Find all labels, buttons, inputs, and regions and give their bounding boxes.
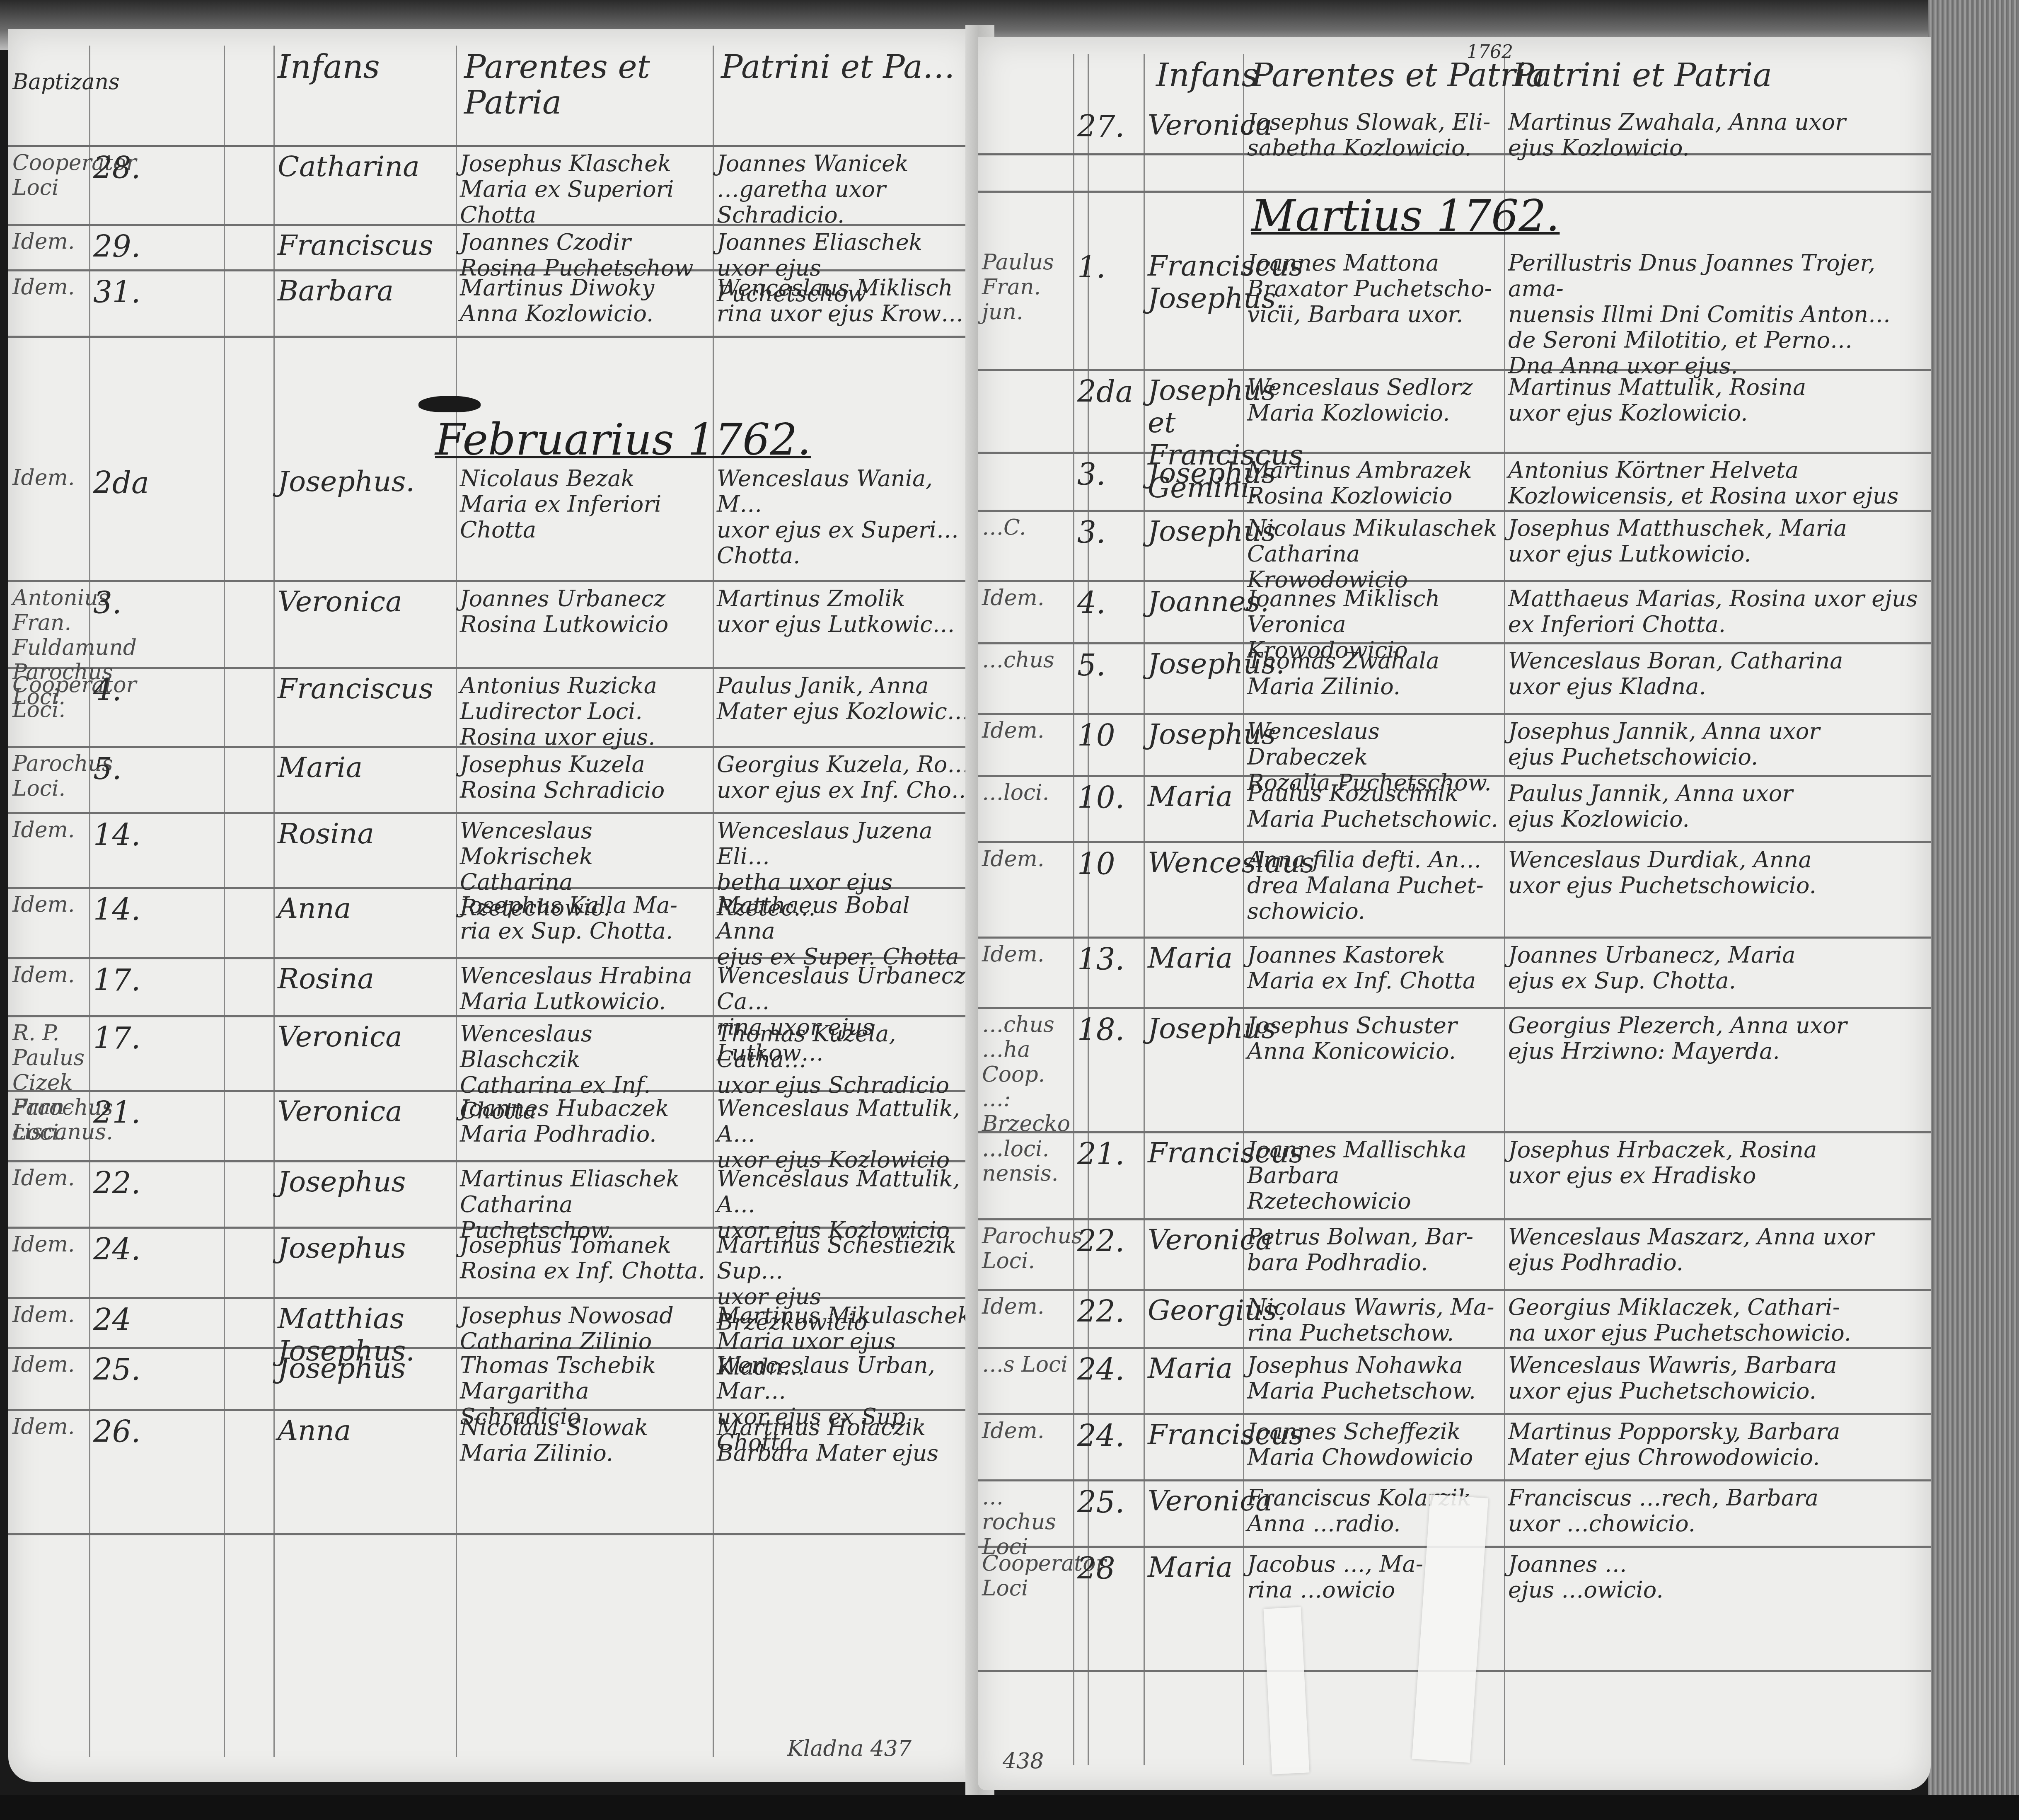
baptizans-cell: …C. bbox=[982, 516, 1073, 540]
infant-name-cell: Maria bbox=[1148, 942, 1243, 975]
infant-name-cell: Anna bbox=[278, 893, 452, 925]
baptizans-cell: Cooperator Loci bbox=[982, 1551, 1073, 1601]
day-cell: 14. bbox=[93, 893, 143, 927]
register-entry-row: Idem.29.FranciscusJoannes Czodir Rosina … bbox=[8, 224, 978, 271]
folio-note: 438 bbox=[1003, 1749, 1044, 1774]
right-page: Infans Parentes et Patria Patrini et Pat… bbox=[978, 37, 1931, 1790]
day-cell: 3. bbox=[1077, 457, 1144, 492]
register-entry-row: …loci.21.FranciscusJoannes Mallischka Ba… bbox=[978, 1131, 1931, 1220]
infant-name-cell: Rosina bbox=[278, 963, 452, 995]
register-entry-row: Idem.22.JosephusMartinus Eliaschek Catha… bbox=[8, 1160, 978, 1229]
infant-name-cell: Franciscus bbox=[1148, 1419, 1243, 1451]
day-cell: 5. bbox=[1077, 648, 1144, 682]
register-entry-row: Idem.25.JosephusThomas Tschebik Margarit… bbox=[8, 1347, 978, 1411]
month-heading-februarius: Februarius 1762. bbox=[435, 414, 811, 465]
day-cell: 21. bbox=[93, 1096, 143, 1130]
parents-cell: Josephus Slowak, Eli- sabetha Kozlowicio… bbox=[1247, 109, 1504, 161]
infant-name-cell: Veronica bbox=[1148, 1224, 1243, 1256]
register-entry-row: Idem.24.FranciscusJoannes Scheffezik Mar… bbox=[978, 1413, 1931, 1481]
header-patrini: Patrini et Patria bbox=[1512, 58, 1772, 94]
godparents-cell: Paulus Jannik, Anna uxor ejus Kozlowicio… bbox=[1508, 781, 1922, 832]
day-cell: 22. bbox=[1077, 1224, 1144, 1259]
day-cell: 3. bbox=[93, 586, 143, 620]
infant-name-cell: Franciscus Josephus. bbox=[1148, 250, 1243, 315]
infant-name-cell: Maria bbox=[1148, 1353, 1243, 1385]
parents-cell: Joannes Hubaczek Maria Podhradio. bbox=[460, 1096, 708, 1147]
day-cell: 22. bbox=[93, 1166, 143, 1200]
parents-cell: Petrus Bolwan, Bar- bara Podhradio. bbox=[1247, 1224, 1504, 1275]
register-entry-row: Cooperator Loci28.CatharinaJosephus Klas… bbox=[8, 145, 978, 226]
infant-name-cell: Franciscus bbox=[1148, 1137, 1243, 1169]
header-patrini: Patrini et Pa… bbox=[721, 50, 955, 85]
register-entry-row: R. P. Paulus Cizek Fran- ciscanus.17.Ver… bbox=[8, 1015, 978, 1092]
book-page-edges bbox=[1928, 0, 2019, 1820]
godparents-cell: Georgius Plezerch, Anna uxor ejus Hrziwn… bbox=[1508, 1013, 1922, 1064]
parents-cell: Josephus Nohawka Maria Puchetschow. bbox=[1247, 1353, 1504, 1404]
infant-name-cell: Veronica bbox=[1148, 109, 1243, 142]
baptizans-cell: Parochus Loci. bbox=[12, 1096, 89, 1145]
register-entry-row: Idem.4.Joannes.Joannes Miklisch Veronica… bbox=[978, 580, 1931, 644]
day-cell: 13. bbox=[1077, 942, 1144, 977]
baptizans-cell: Cooperator Loci. bbox=[12, 673, 89, 723]
infant-name-cell: Veronica bbox=[278, 1021, 452, 1053]
parents-cell: Martinus Diwoky Anna Kozlowicio. bbox=[460, 275, 708, 327]
register-entry-row: 2daJosephus et Franciscus Gemini.Wencesl… bbox=[978, 369, 1931, 454]
day-cell: 4. bbox=[93, 673, 143, 707]
register-entry-row: …C.3.JosephusNicolaus Mikulaschek Cathar… bbox=[978, 510, 1931, 582]
parents-cell: Josephus Kalla Ma- ria ex Sup. Chotta. bbox=[460, 893, 708, 944]
parents-cell: Anna filia defti. An… drea Malana Puchet… bbox=[1247, 847, 1504, 924]
parents-cell: Joannes Scheffezik Maria Chowdowicio bbox=[1247, 1419, 1504, 1470]
parents-cell: Josephus Schuster Anna Konicowicio. bbox=[1247, 1013, 1504, 1064]
register-entry-row: Parochus Loci.21.VeronicaJoannes Hubacze… bbox=[8, 1090, 978, 1162]
parents-cell: Martinus Ambrazek Rosina Kozlowicio bbox=[1247, 457, 1504, 509]
infant-name-cell: Maria bbox=[1148, 781, 1243, 813]
infant-name-cell: Joannes. bbox=[1148, 586, 1243, 618]
header-baptizans: Baptizans bbox=[12, 70, 120, 94]
day-cell: 3. bbox=[1077, 516, 1144, 550]
infant-name-cell: Franciscus bbox=[278, 230, 452, 262]
godparents-cell: Georgius Kuzela, Ro… uxor ejus ex Inf. C… bbox=[717, 752, 974, 803]
godparents-cell: Martinus Zmolik uxor ejus Lutkowic… bbox=[717, 586, 974, 637]
register-entry-row: Idem.10WenceslausAnna filia defti. An… d… bbox=[978, 841, 1931, 939]
register-entry-row: …s Loci24.MariaJosephus Nohawka Maria Pu… bbox=[978, 1347, 1931, 1415]
day-cell: 24. bbox=[1077, 1353, 1144, 1387]
infant-name-cell: Georgius. bbox=[1148, 1295, 1243, 1327]
register-entry-row: Parochus Loci.5.MariaJosephus Kuzela Ros… bbox=[8, 746, 978, 814]
baptizans-cell: Idem. bbox=[12, 1166, 89, 1191]
infant-name-cell: Veronica bbox=[278, 1096, 452, 1128]
header-infans: Infans bbox=[1156, 58, 1258, 94]
register-entry-row: Cooperator Loci.4.FranciscusAntonius Ruz… bbox=[8, 667, 978, 748]
baptizans-cell: Idem. bbox=[12, 1415, 89, 1440]
day-cell: 27. bbox=[1077, 109, 1144, 144]
register-entry-row: Idem.24Matthias Josephus.Josephus Nowosa… bbox=[8, 1297, 978, 1349]
parents-cell: Antonius Ruzicka Ludirector Loci. Rosina… bbox=[460, 673, 708, 750]
register-entry-row: 3.JosephusMartinus Ambrazek Rosina Kozlo… bbox=[978, 452, 1931, 512]
baptizans-cell: Idem. bbox=[982, 847, 1073, 872]
day-cell: 28. bbox=[93, 151, 143, 185]
day-cell: 14. bbox=[93, 818, 143, 852]
baptizans-cell: Idem. bbox=[12, 1353, 89, 1377]
infant-name-cell: Josephus bbox=[278, 1353, 452, 1385]
godparents-cell: Thomas Kuzela, Catha… uxor ejus Schradic… bbox=[717, 1021, 974, 1098]
day-cell: 5. bbox=[93, 752, 143, 786]
day-cell: 28 bbox=[1077, 1551, 1144, 1586]
parents-cell: Nicolaus Bezak Maria ex Inferiori Chotta bbox=[460, 466, 708, 543]
baptizans-cell: Idem. bbox=[12, 1303, 89, 1328]
ink-blot bbox=[418, 396, 481, 412]
day-cell: 25. bbox=[1077, 1485, 1144, 1520]
header-infans: Infans bbox=[278, 50, 380, 85]
godparents-cell: Joannes Urbanecz, Maria ejus ex Sup. Cho… bbox=[1508, 942, 1922, 994]
baptizans-cell: Parochus Loci. bbox=[982, 1224, 1073, 1274]
parents-cell: Joannes Mallischka Barbara Rzetechowicio bbox=[1247, 1137, 1504, 1214]
baptizans-cell: Idem. bbox=[982, 942, 1073, 967]
godparents-cell: Joannes … ejus …owicio. bbox=[1508, 1551, 1922, 1603]
header-parentes: Parentes et Patria bbox=[464, 50, 650, 121]
parents-cell: Joannes Mattona Braxator Puchetscho- vic… bbox=[1247, 250, 1504, 327]
godparents-cell: Martinus Holaczik Barbara Mater ejus bbox=[717, 1415, 974, 1466]
baptizans-cell: Idem. bbox=[12, 893, 89, 917]
register-entry-row: 27.VeronicaJosephus Slowak, Eli- sabetha… bbox=[978, 104, 1931, 193]
register-entry-row: Idem.2daJosephus.Nicolaus Bezak Maria ex… bbox=[8, 460, 978, 582]
parents-cell: Josephus Kuzela Rosina Schradicio bbox=[460, 752, 708, 803]
godparents-cell: Wenceslaus Wania, M… uxor ejus ex Superi… bbox=[717, 466, 974, 569]
day-cell: 2da bbox=[1077, 375, 1144, 409]
godparents-cell: Wenceslaus Boran, Catharina uxor ejus Kl… bbox=[1508, 648, 1922, 699]
day-cell: 29. bbox=[93, 230, 143, 264]
infant-name-cell: Maria bbox=[278, 752, 452, 784]
godparents-cell: Matthaeus Marias, Rosina uxor ejus ex In… bbox=[1508, 586, 1922, 637]
infant-name-cell: Maria bbox=[1148, 1551, 1243, 1584]
day-cell: 10 bbox=[1077, 847, 1144, 881]
godparents-cell: Wenceslaus Miklisch rina uxor ejus Krow… bbox=[717, 275, 974, 327]
register-entry-row: Idem.22.Georgius.Nicolaus Wawris, Ma- ri… bbox=[978, 1289, 1931, 1349]
infant-name-cell: Josephus bbox=[278, 1232, 452, 1265]
parents-cell: Thomas Zwahala Maria Zilinio. bbox=[1247, 648, 1504, 699]
baptizans-cell: Idem. bbox=[982, 586, 1073, 611]
baptizans-cell: …s Loci bbox=[982, 1353, 1073, 1377]
baptizans-cell: …loci. bbox=[982, 781, 1073, 806]
infant-name-cell: Josephus bbox=[1148, 719, 1243, 751]
baptizans-cell: Paulus Fran. jun. bbox=[982, 250, 1073, 324]
day-cell: 24. bbox=[93, 1232, 143, 1267]
godparents-cell: Wenceslaus Maszarz, Anna uxor ejus Podhr… bbox=[1508, 1224, 1922, 1275]
infant-name-cell: Veronica bbox=[1148, 1485, 1243, 1517]
register-entry-row: Idem.26.AnnaNicolaus Slowak Maria Zilini… bbox=[8, 1409, 978, 1535]
day-cell: 17. bbox=[93, 1021, 143, 1055]
infant-name-cell: Catharina bbox=[278, 151, 452, 183]
register-entry-row: …chus …ha Coop. …: Brzecko …nensis.18.Jo… bbox=[978, 1007, 1931, 1133]
register-entry-row: …chus5.Josephus.Thomas Zwahala Maria Zil… bbox=[978, 642, 1931, 715]
infant-name-cell: Josephus. bbox=[278, 466, 452, 498]
day-cell: 24 bbox=[93, 1303, 143, 1337]
godparents-cell: Martinus Mattulik, Rosina uxor ejus Kozl… bbox=[1508, 375, 1922, 426]
register-entry-row: Idem.13.MariaJoannes Kastorek Maria ex I… bbox=[978, 937, 1931, 1009]
baptizans-cell: Idem. bbox=[12, 963, 89, 988]
month-heading-martius: Martius 1762. bbox=[1251, 191, 1560, 241]
infant-name-cell: Franciscus bbox=[278, 673, 452, 705]
infant-name-cell: Josephus bbox=[1148, 516, 1243, 548]
godparents-cell: Paulus Janik, Anna Mater ejus Kozlowic… bbox=[717, 673, 974, 724]
baptizans-cell: Idem. bbox=[12, 1232, 89, 1257]
baptizans-cell: Idem. bbox=[12, 818, 89, 843]
godparents-cell: Martinus Zwahala, Anna uxor ejus Kozlowi… bbox=[1508, 109, 1922, 161]
infant-name-cell: Josephus bbox=[278, 1166, 452, 1198]
infant-name-cell: Barbara bbox=[278, 275, 452, 307]
register-entry-row: Idem.10JosephusWenceslaus Drabeczek Roza… bbox=[978, 713, 1931, 777]
godparents-cell: Antonius Körtner Helveta Kozlowicensis, … bbox=[1508, 457, 1922, 509]
page-year-mark: 1762 bbox=[1467, 41, 1513, 63]
day-cell: 31. bbox=[93, 275, 143, 310]
day-cell: 17. bbox=[93, 963, 143, 997]
register-entry-row: Idem.14.RosinaWenceslaus Mokrischek Cath… bbox=[8, 812, 978, 889]
infant-name-cell: Veronica bbox=[278, 586, 452, 618]
infant-name-cell: Josephus bbox=[1148, 457, 1243, 490]
baptizans-cell: Idem. bbox=[12, 466, 89, 491]
header-parentes: Parentes et Patria bbox=[1251, 58, 1545, 94]
infant-name-cell: Josephus. bbox=[1148, 648, 1243, 680]
baptizans-cell: Idem. bbox=[12, 275, 89, 300]
background-shadow bbox=[0, 1795, 2019, 1820]
register-entry-row: Idem.14.AnnaJosephus Kalla Ma- ria ex Su… bbox=[8, 887, 978, 959]
godparents-cell: Georgius Miklaczek, Cathari- na uxor eju… bbox=[1508, 1295, 1922, 1346]
baptizans-cell: Idem. bbox=[982, 1419, 1073, 1444]
register-entry-row: Idem.31.BarbaraMartinus Diwoky Anna Kozl… bbox=[8, 269, 978, 338]
register-entry-row: …loci.10.MariaPaulus Kozuschnik Maria Pu… bbox=[978, 775, 1931, 843]
godparents-cell: Perillustris Dnus Joannes Trojer, ama- n… bbox=[1508, 250, 1922, 379]
left-header-row: Baptizans Infans Parentes et Patria Patr… bbox=[8, 37, 978, 147]
register-entry-row: Idem.17.RosinaWenceslaus Hrabina Maria L… bbox=[8, 957, 978, 1017]
parents-cell: Wenceslaus Sedlorz Maria Kozlowicio. bbox=[1247, 375, 1504, 426]
day-cell: 26. bbox=[93, 1415, 143, 1449]
baptizans-cell: Idem. bbox=[982, 1295, 1073, 1319]
day-cell: 10. bbox=[1077, 781, 1144, 815]
parents-cell: Nicolaus Wawris, Ma- rina Puchetschow. bbox=[1247, 1295, 1504, 1346]
baptizans-cell: …chus bbox=[982, 648, 1073, 673]
godparents-cell: Josephus Matthuschek, Maria uxor ejus Lu… bbox=[1508, 516, 1922, 567]
day-cell: 24. bbox=[1077, 1419, 1144, 1453]
baptizans-cell: Cooperator Loci bbox=[12, 151, 89, 201]
left-register-table: Baptizans Infans Parentes et Patria Patr… bbox=[8, 29, 978, 1782]
left-page: Baptizans Infans Parentes et Patria Patr… bbox=[8, 29, 978, 1782]
infant-name-cell: Rosina bbox=[278, 818, 452, 850]
infant-name-cell: Wenceslaus bbox=[1148, 847, 1243, 879]
baptizans-cell: …loci. bbox=[982, 1137, 1073, 1162]
register-entry-row: Parochus Loci.22.VeronicaPetrus Bolwan, … bbox=[978, 1218, 1931, 1291]
register-entry-row: Antonius Fran. Fuldamund Parochus Loci.3… bbox=[8, 580, 978, 669]
right-register-table: Infans Parentes et Patria Patrini et Pat… bbox=[978, 37, 1931, 1790]
register-entry-row: Paulus Fran. jun.1.Franciscus Josephus.J… bbox=[978, 244, 1931, 371]
godparents-cell: Joannes Wanicek …garetha uxor Schradicio… bbox=[717, 151, 974, 228]
godparents-cell: Wenceslaus Durdiak, Anna uxor ejus Puche… bbox=[1508, 847, 1922, 898]
infant-name-cell: Anna bbox=[278, 1415, 452, 1447]
godparents-cell: Franciscus …rech, Barbara uxor …chowicio… bbox=[1508, 1485, 1922, 1537]
parents-cell: Josephus Klaschek Maria ex Superiori Cho… bbox=[460, 151, 708, 228]
day-cell: 10 bbox=[1077, 719, 1144, 753]
godparents-cell: Josephus Hrbaczek, Rosina uxor ejus ex H… bbox=[1508, 1137, 1922, 1188]
baptizans-cell: Idem. bbox=[982, 719, 1073, 743]
parents-cell: Nicolaus Slowak Maria Zilinio. bbox=[460, 1415, 708, 1466]
parents-cell: Wenceslaus Hrabina Maria Lutkowicio. bbox=[460, 963, 708, 1014]
folio-note: Kladna 437 bbox=[787, 1736, 912, 1761]
register-entry-row: Idem.24.JosephusJosephus Tomanek Rosina … bbox=[8, 1227, 978, 1299]
day-cell: 21. bbox=[1077, 1137, 1144, 1171]
godparents-cell: Josephus Jannik, Anna uxor ejus Puchetsc… bbox=[1508, 719, 1922, 770]
baptizans-cell: Parochus Loci. bbox=[12, 752, 89, 801]
day-cell: 4. bbox=[1077, 586, 1144, 620]
day-cell: 1. bbox=[1077, 250, 1144, 285]
day-cell: 22. bbox=[1077, 1295, 1144, 1329]
parents-cell: Josephus Tomanek Rosina ex Inf. Chotta. bbox=[460, 1232, 708, 1284]
godparents-cell: Martinus Popporsky, Barbara Mater ejus C… bbox=[1508, 1419, 1922, 1470]
parents-cell: Joannes Kastorek Maria ex Inf. Chotta bbox=[1247, 942, 1504, 994]
godparents-cell: Wenceslaus Wawris, Barbara uxor ejus Puc… bbox=[1508, 1353, 1922, 1404]
day-cell: 2da bbox=[93, 466, 143, 500]
day-cell: 18. bbox=[1077, 1013, 1144, 1047]
parents-cell: Paulus Kozuschnik Maria Puchetschowic. bbox=[1247, 781, 1504, 832]
infant-name-cell: Josephus bbox=[1148, 1013, 1243, 1045]
baptizans-cell: Idem. bbox=[12, 230, 89, 254]
parents-cell: Joannes Urbanecz Rosina Lutkowicio bbox=[460, 586, 708, 637]
day-cell: 25. bbox=[93, 1353, 143, 1387]
